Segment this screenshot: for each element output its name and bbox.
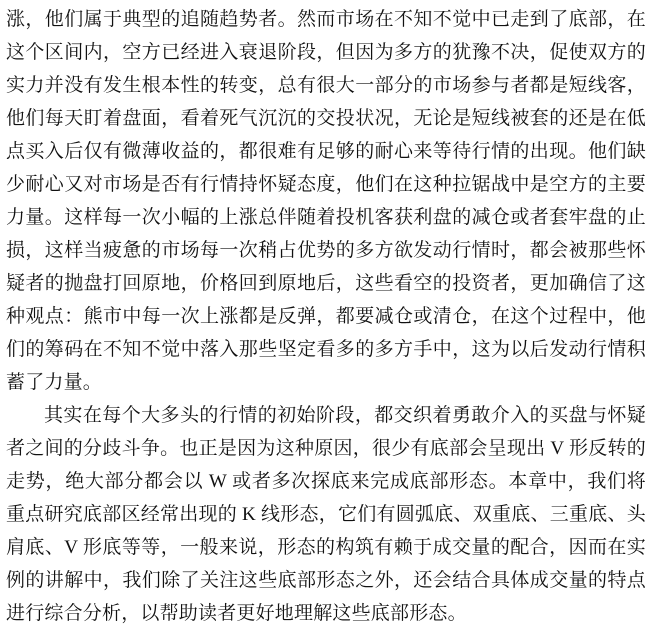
paragraph-new: 其实在每个大多头的行情的初始阶段，都交织着勇敢介入的买盘与怀疑者之间的分歧斗争。… <box>6 399 646 628</box>
paragraph-continuation: 涨，他们属于典型的追随趋势者。然而市场在不知不觉中已走到了底部，在这个区间内，空… <box>6 3 646 399</box>
book-page: 涨，他们属于典型的追随趋势者。然而市场在不知不觉中已走到了底部，在这个区间内，空… <box>0 0 652 628</box>
